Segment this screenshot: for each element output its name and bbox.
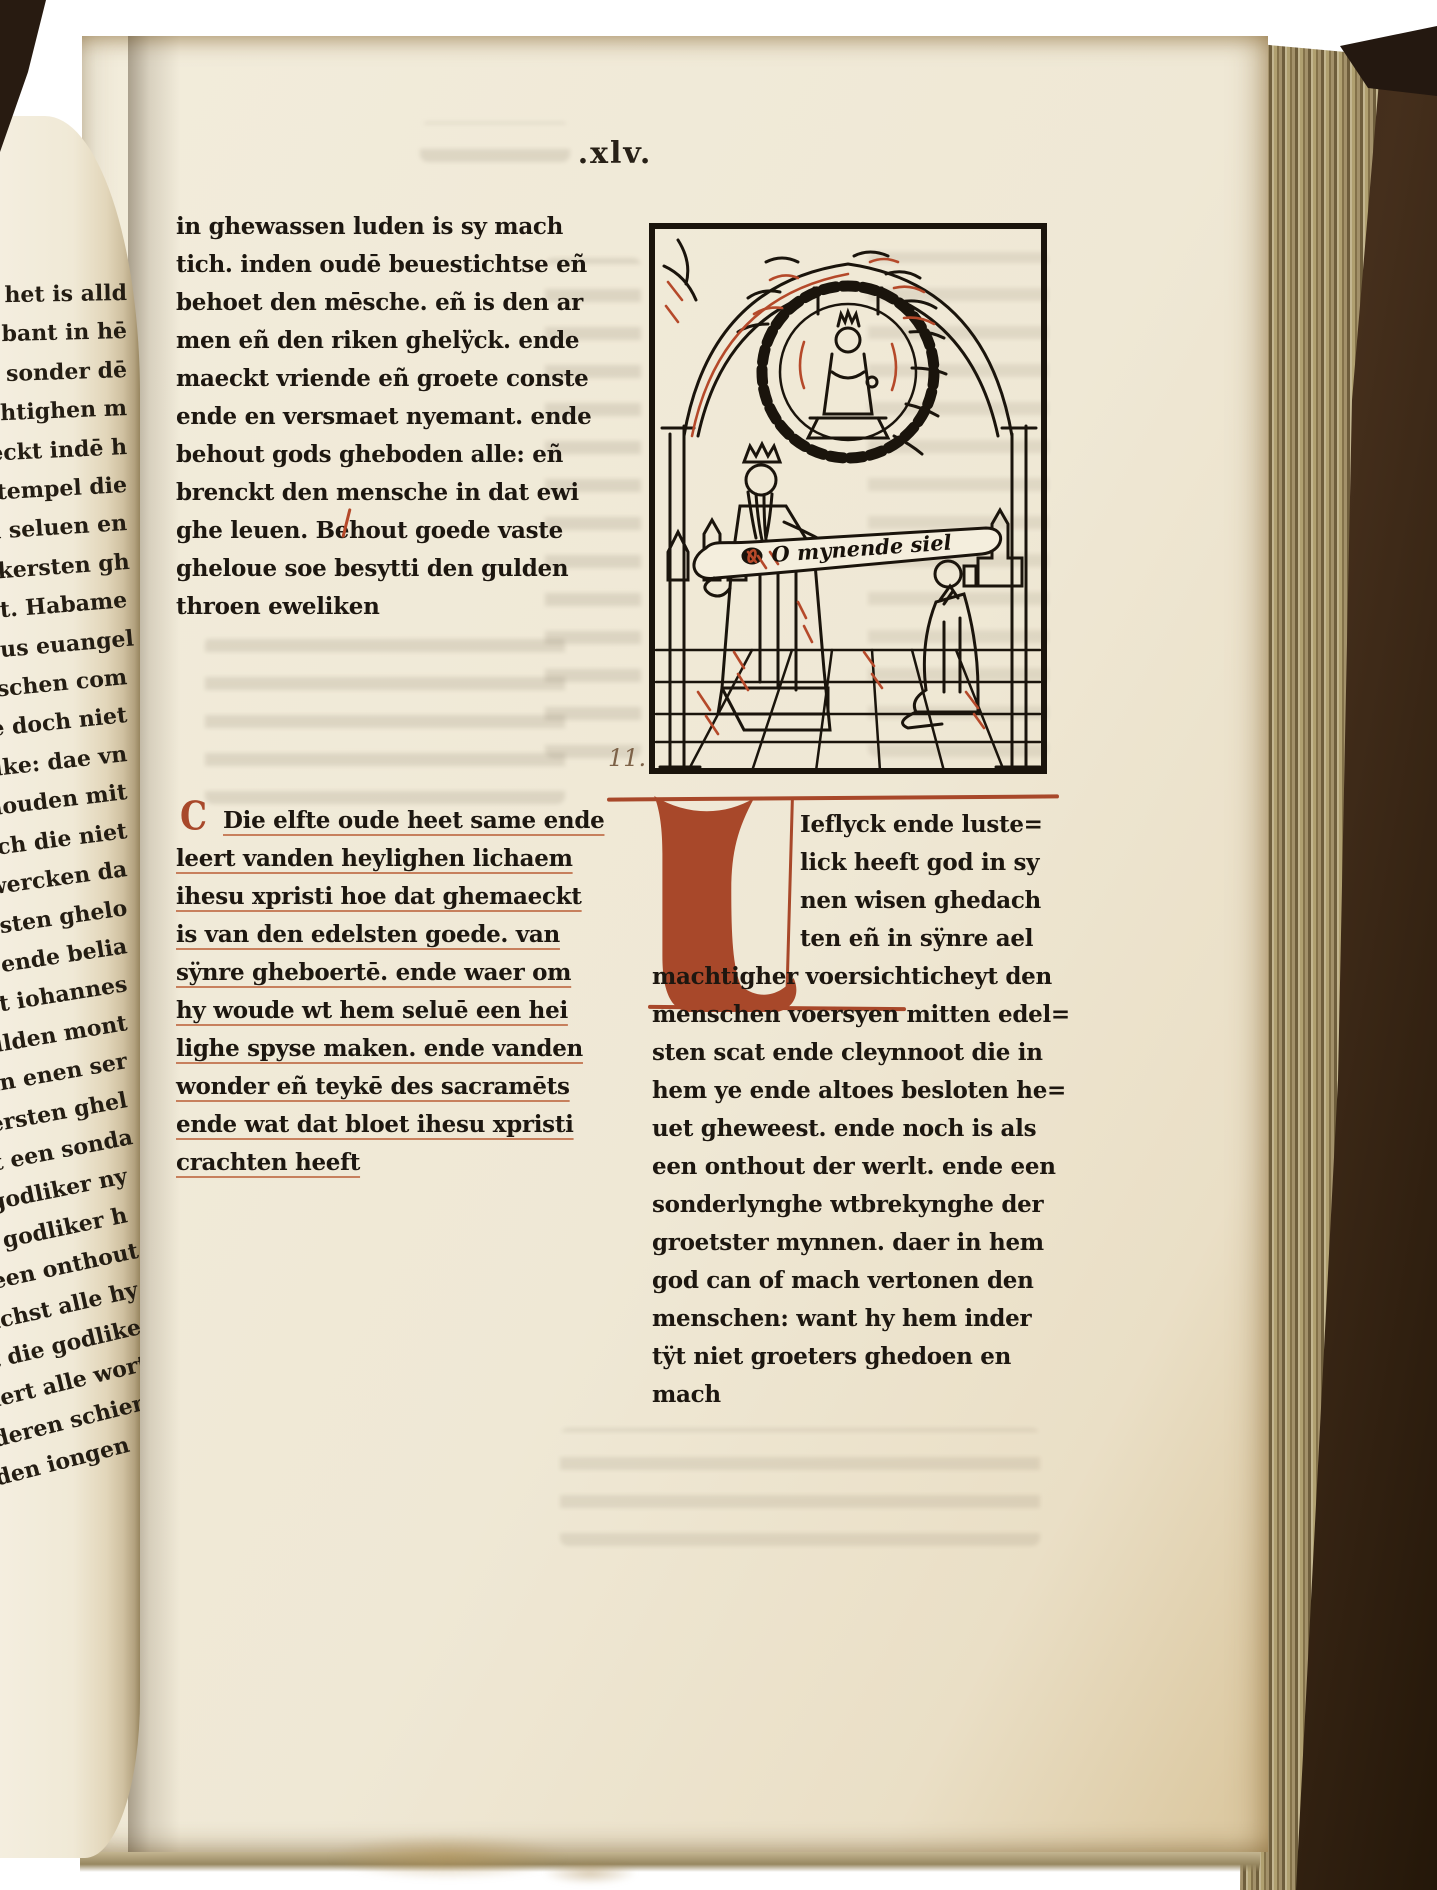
spandrel-left	[664, 240, 696, 300]
page-stain	[330, 1834, 565, 1880]
kings-crown	[744, 444, 780, 462]
text-line: tÿt niet groeters ghedoen en	[652, 1338, 1070, 1376]
text-line: behoet den mēsche. eñ is den ar	[176, 284, 591, 322]
text-line: ghe leuen. Behout goede vaste	[176, 512, 591, 550]
photograph-of-open-incunabulum: .xlv. in ghewassen luden is sy machtich.…	[0, 0, 1437, 1890]
text-line: nen wisen ghedach	[800, 882, 1043, 920]
text-line: behout gods gheboden alle: eñ	[176, 436, 591, 474]
text-line: men eñ den riken ghelÿck. ende	[176, 322, 591, 360]
kings-beard	[748, 492, 772, 540]
red-hand-colouring	[666, 259, 984, 734]
handwritten-annotation: 11.	[608, 744, 646, 772]
page-stain-small	[545, 1862, 635, 1884]
show-through-below-text	[560, 1428, 1040, 1546]
right-column-indented-lines: Ieflyck ende luste=lick heeft god in syn…	[800, 806, 1043, 958]
text-line: god can of mach vertonen den	[652, 1262, 1070, 1300]
text-line: ten eñ in sÿnre ael	[800, 920, 1043, 958]
orb	[867, 377, 877, 387]
gods-robe	[824, 354, 872, 414]
soul-head	[935, 561, 961, 587]
gods-head	[836, 328, 860, 352]
show-through-left-column	[205, 636, 565, 804]
folio-number: .xlv.	[540, 136, 690, 171]
text-line: in ghewassen luden is sy mach	[176, 208, 591, 246]
text-line: maeckt vriende eñ groete conste	[176, 360, 591, 398]
text-line: ende wat dat bloet ihesu xpristi	[176, 1106, 604, 1144]
gods-crown	[838, 312, 859, 326]
right-pillar	[996, 426, 1040, 767]
woodcut-illustration: O mynende siel	[648, 222, 1048, 775]
text-line: een onthout der werlt. ende een	[652, 1148, 1070, 1186]
text-line: hem ye ende altoes besloten he=	[652, 1072, 1070, 1110]
kings-head	[746, 465, 776, 495]
robe-folds	[760, 562, 796, 690]
text-line: leert vanden heylighen lichaem	[176, 840, 604, 878]
left-column-paragraph-2: Die elfte oude heet same endeleert vande…	[176, 802, 604, 1182]
woodcut-border	[652, 226, 1044, 771]
text-line: Ieflyck ende luste=	[800, 806, 1043, 844]
text-line: ende en versmaet nyemant. ende	[176, 398, 591, 436]
text-line: ñ: eñ het is alld	[0, 274, 127, 316]
facing-page-text-fragments: ñ: eñ het is allden bant in hēe een sond…	[0, 274, 127, 1465]
left-pillar	[660, 426, 700, 767]
text-line: sten scat ende cleynnoot die in	[652, 1034, 1070, 1072]
text-line: lighe spyse maken. ende vanden	[176, 1030, 604, 1068]
text-line: lick heeft god in sy	[800, 844, 1043, 882]
text-line: mach	[652, 1376, 1070, 1414]
right-column-full-lines: machtigher voersichticheyt denmenschen v…	[652, 958, 1070, 1414]
text-line: ihesu xpristi hoe dat ghemaeckt	[176, 878, 604, 916]
text-line: groetster mynnen. daer in hem	[652, 1224, 1070, 1262]
text-line: menschen voersyen mitten edel=	[652, 996, 1070, 1034]
text-line: throen eweliken	[176, 588, 591, 626]
text-line: machtigher voersichticheyt den	[652, 958, 1070, 996]
text-line: hy woude wt hem seluē een hei	[176, 992, 604, 1030]
text-line: uet gheweest. ende noch is als	[652, 1110, 1070, 1148]
text-line: brenckt den mensche in dat ewi	[176, 474, 591, 512]
text-line: sonderlynghe wtbrekynghe der	[652, 1186, 1070, 1224]
text-line: menschen: want hy hem inder	[652, 1300, 1070, 1338]
text-line: gheloue soe besytti den gulden	[176, 550, 591, 588]
text-line: sÿnre gheboertē. ende waer om	[176, 954, 604, 992]
text-line: wonder eñ teykē des sacramēts	[176, 1068, 604, 1106]
text-line: tich. inden oudē beuestichtse eñ	[176, 246, 591, 284]
left-column-paragraph-1: in ghewassen luden is sy machtich. inden…	[176, 208, 591, 626]
text-line: Die elfte oude heet same ende	[176, 802, 604, 840]
text-line: crachten heeft	[176, 1144, 604, 1182]
text-line: is van den edelsten goede. van	[176, 916, 604, 954]
text-line: en bant in hē	[0, 312, 127, 356]
facing-page-curled-edge: ñ: eñ het is allden bant in hēe een sond…	[0, 116, 140, 1858]
